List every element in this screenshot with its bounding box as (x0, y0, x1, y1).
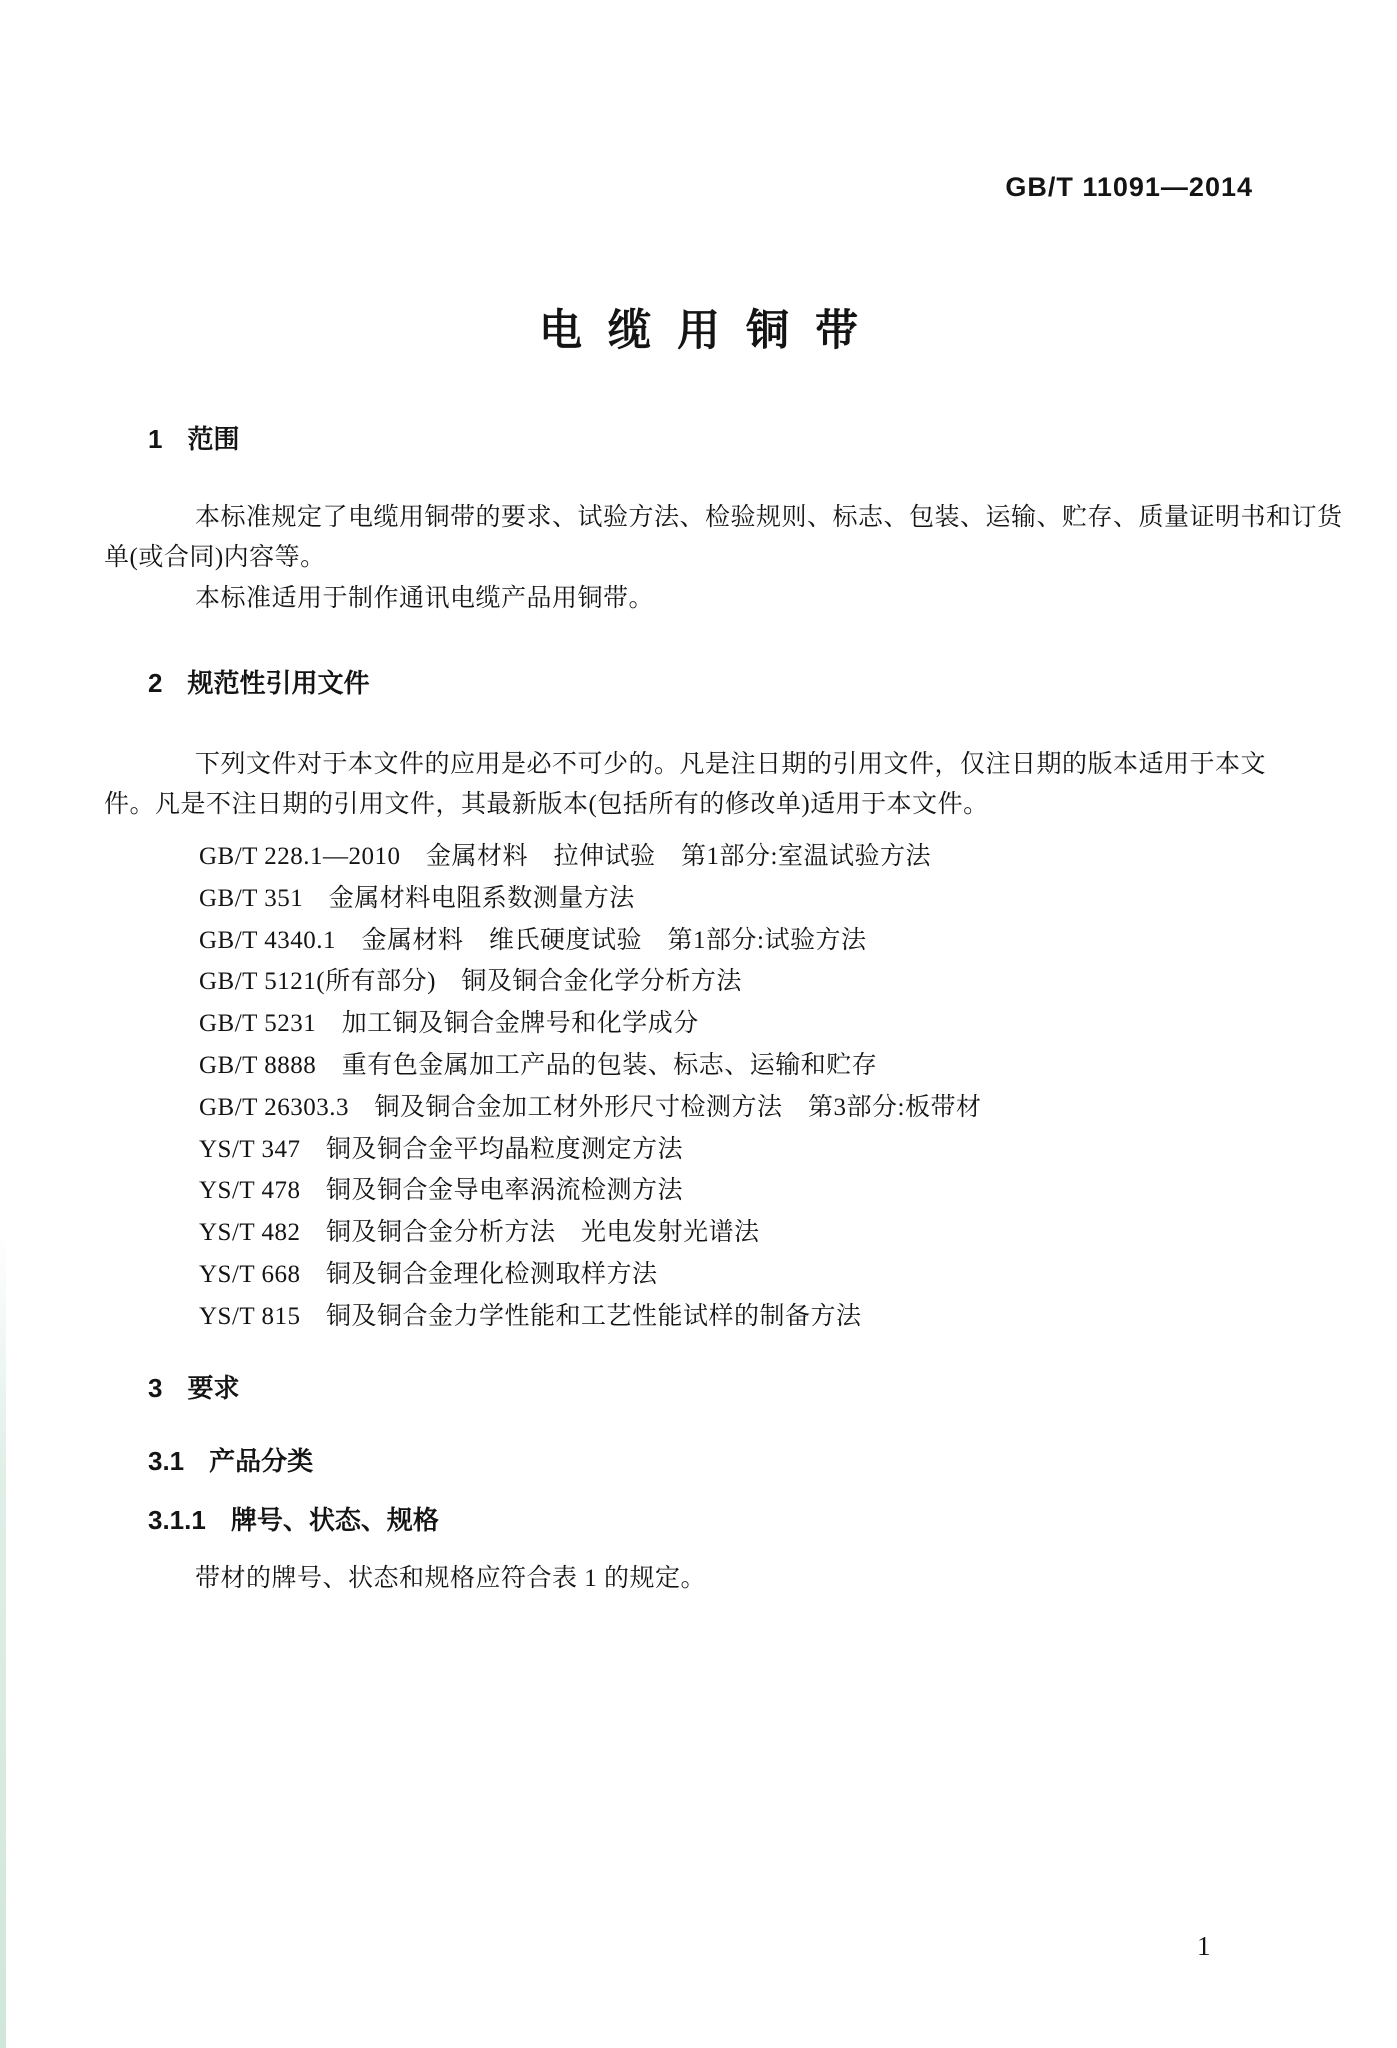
reference-item: GB/T 228.1—2010 金属材料 拉伸试验 第1部分:室温试验方法 (199, 836, 981, 878)
clause-3-1-heading: 3.1产品分类 (148, 1448, 313, 1474)
clause-title: 范围 (187, 426, 239, 452)
reference-item: GB/T 5121(所有部分) 铜及铜合金化学分析方法 (199, 961, 981, 1003)
reference-item: YS/T 478 铜及铜合金导电率涡流检测方法 (199, 1170, 981, 1212)
clause-number: 3.1.1 (148, 1507, 206, 1533)
standard-code-header: GB/T 11091—2014 (1005, 172, 1253, 203)
references-intro-line-1: 下列文件对于本文件的应用是必不可少的。凡是注日期的引用文件，仅注日期的版本适用于… (195, 752, 1266, 777)
reference-item: YS/T 482 铜及铜合金分析方法 光电发射光谱法 (199, 1212, 981, 1254)
left-edge-scan-artifact (0, 1230, 6, 2048)
reference-item: GB/T 26303.3 铜及铜合金加工材外形尺寸检测方法 第3部分:板带材 (199, 1087, 981, 1129)
clause-number: 1 (148, 426, 162, 452)
reference-item: GB/T 4340.1 金属材料 维氏硬度试验 第1部分:试验方法 (199, 920, 981, 962)
reference-item: GB/T 5231 加工铜及铜合金牌号和化学成分 (199, 1003, 981, 1045)
references-list: GB/T 228.1—2010 金属材料 拉伸试验 第1部分:室温试验方法GB/… (199, 836, 981, 1338)
reference-item: GB/T 351 金属材料电阻系数测量方法 (199, 878, 981, 920)
clause-number: 3 (148, 1375, 162, 1401)
clause-3-1-1-heading: 3.1.1牌号、状态、规格 (148, 1507, 439, 1533)
reference-item: YS/T 668 铜及铜合金理化检测取样方法 (199, 1254, 981, 1296)
clause-title: 规范性引用文件 (187, 670, 369, 696)
clause-title: 牌号、状态、规格 (231, 1507, 439, 1533)
clause-title: 要求 (187, 1375, 239, 1401)
reference-item: GB/T 8888 重有色金属加工产品的包装、标志、运输和贮存 (199, 1045, 981, 1087)
document-title: 电缆用铜带 (13, 297, 1397, 358)
document-page: GB/T 11091—2014 电缆用铜带 1范围 本标准规定了电缆用铜带的要求… (0, 0, 1397, 2048)
clause-number: 3.1 (148, 1448, 184, 1474)
classification-paragraph: 带材的牌号、状态和规格应符合表 1 的规定。 (195, 1566, 706, 1591)
scope-paragraph-line-1: 本标准规定了电缆用铜带的要求、试验方法、检验规则、标志、包装、运输、贮存、质量证… (195, 505, 1343, 530)
scope-paragraph-line-2: 单(或合同)内容等。 (104, 545, 326, 570)
clause-number: 2 (148, 670, 162, 696)
clause-2-heading: 2规范性引用文件 (148, 670, 369, 696)
references-intro-line-2: 件。凡是不注日期的引用文件，其最新版本(包括所有的修改单)适用于本文件。 (104, 792, 989, 817)
reference-item: YS/T 347 铜及铜合金平均晶粒度测定方法 (199, 1129, 981, 1171)
reference-item: YS/T 815 铜及铜合金力学性能和工艺性能试样的制备方法 (199, 1296, 981, 1338)
scope-paragraph-2: 本标准适用于制作通讯电缆产品用铜带。 (195, 586, 654, 611)
clause-1-heading: 1范围 (148, 426, 239, 452)
page-number: 1 (1197, 1933, 1211, 1960)
clause-3-heading: 3要求 (148, 1375, 239, 1401)
clause-title: 产品分类 (209, 1448, 313, 1474)
